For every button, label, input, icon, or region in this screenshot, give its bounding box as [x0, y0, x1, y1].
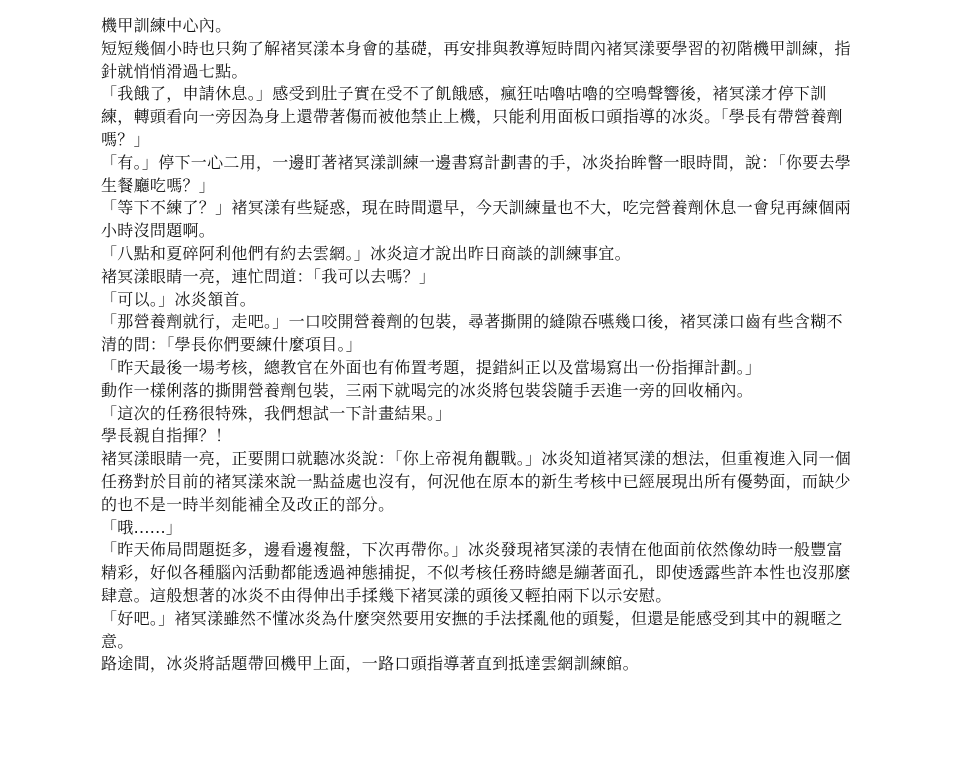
paragraph: 「昨天最後一場考核，總教官在外面也有佈置考題，提錯糾正以及當場寫出一份指揮計劃。… — [101, 357, 857, 380]
paragraph: 褚冥漾眼睛一亮，正要開口就聽冰炎說：「你上帝視角觀戰。」冰炎知道褚冥漾的想法，但… — [101, 448, 857, 516]
paragraph: 「八點和夏碎阿利他們有約去雲網。」冰炎這才說出昨日商談的訓練事宜。 — [101, 243, 857, 266]
paragraph: 路途間，冰炎將話題帶回機甲上面，一路口頭指導著直到抵達雲網訓練館。 — [101, 653, 857, 676]
paragraph: 「這次的任務很特殊，我們想試一下計畫結果。」 — [101, 403, 857, 426]
paragraph: 「等下不練了？」褚冥漾有些疑惑，現在時間還早，今天訓練量也不大，吃完營養劑休息一… — [101, 197, 857, 243]
paragraph: 「那營養劑就行，走吧。」一口咬開營養劑的包裝，尋著撕開的縫隙吞嚥幾口後，褚冥漾口… — [101, 311, 857, 357]
paragraph: 「昨天佈局問題挺多，邊看邊複盤，下次再帶你。」冰炎發現褚冥漾的表情在他面前依然像… — [101, 539, 857, 607]
paragraph: 機甲訓練中心內。 — [101, 15, 857, 38]
paragraph: 「哦......」 — [101, 517, 857, 540]
paragraph: 「好吧。」褚冥漾雖然不懂冰炎為什麼突然要用安撫的手法揉亂他的頭髮，但還是能感受到… — [101, 608, 857, 654]
document-body: 機甲訓練中心內。 短短幾個小時也只夠了解褚冥漾本身會的基礎，再安排與教導短時間內… — [101, 15, 857, 676]
paragraph: 褚冥漾眼睛一亮，連忙問道：「我可以去嗎？」 — [101, 266, 857, 289]
paragraph: 「我餓了，申請休息。」感受到肚子實在受不了飢餓感，瘋狂咕嚕咕嚕的空鳴聲響後，褚冥… — [101, 83, 857, 151]
paragraph: 短短幾個小時也只夠了解褚冥漾本身會的基礎，再安排與教導短時間內褚冥漾要學習的初階… — [101, 38, 857, 84]
paragraph: 學長親自指揮？！ — [101, 425, 857, 448]
paragraph: 「可以。」冰炎頷首。 — [101, 289, 857, 312]
paragraph: 動作一樣俐落的撕開營養劑包裝，三兩下就喝完的冰炎將包裝袋隨手丟進一旁的回收桶內。 — [101, 380, 857, 403]
paragraph: 「有。」停下一心二用，一邊盯著褚冥漾訓練一邊書寫計劃書的手，冰炎抬眸瞥一眼時間，… — [101, 152, 857, 198]
